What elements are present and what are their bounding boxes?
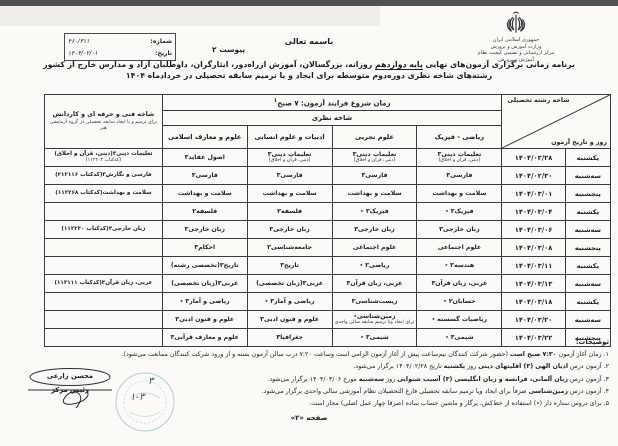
- exam-day: سه‌شنبه: [565, 221, 610, 239]
- signer-name: محسن زارعی: [24, 372, 116, 380]
- subject-cell: عربی۳(زبان تخصصی): [162, 275, 247, 293]
- technical-subject-cell: تعلیمات دینی۳(دینی، قرآن و اخلاق)(کدکتاب…: [45, 149, 163, 167]
- exam-date: ۱۴۰۴/۰۲/۳۰: [502, 167, 565, 185]
- page-number: صفحه «۲»: [0, 414, 618, 422]
- schedule-row: سه‌شنبه۱۴۰۴/۰۳/۰۶زبان خارجی۳زبان خارجی۳ز…: [45, 221, 611, 239]
- exam-date: ۱۴۰۴/۰۳/۰۴: [502, 203, 565, 221]
- exam-date: ۱۴۰۴/۰۳/۲۰: [502, 311, 565, 329]
- subject-cell: علوم اجتماعی: [417, 239, 502, 257]
- technical-branch-subtitle: برای ترمیم و یا ایجاد سابقه تحصیلی در گر…: [46, 120, 161, 132]
- subject-cell: حسابان۲ ٭: [417, 293, 502, 311]
- subject-cell: علوم اجتماعی: [332, 239, 417, 257]
- exam-schedule-table: شاخه رشته تحصیلی روز و تاریخ آزمون زمان …: [44, 94, 611, 347]
- subject-cell: جامعه‌شناسی۳: [247, 239, 332, 257]
- technical-subject-cell: زبان خارجی۳(کدکتاب ۱۱۲۲۳۰): [45, 221, 163, 239]
- exam-date: ۱۴۰۴/۰۳/۰۶: [502, 221, 565, 239]
- column-header-humanities: ادبیات و علوم انسانی: [247, 126, 332, 149]
- schedule-row: سه‌شنبه۱۴۰۴/۰۳/۱۳عربی، زبان قرآن۳عربی، ز…: [45, 275, 611, 293]
- subject-cell: تعلیمات دینی۳(دینی، قرآن و اخلاق): [417, 149, 502, 167]
- reference-date-row: تاریخ: ۱۴۰۴/۰۲/۰۱: [68, 50, 172, 57]
- subject-cell: ریاضی۳ ٭: [332, 257, 417, 275]
- schedule-row: پنجشنبه۱۴۰۴/۰۳/۰۸علوم اجتماعیعلوم اجتماع…: [45, 239, 611, 257]
- exam-date: ۱۴۰۴/۰۳/۱۳: [502, 275, 565, 293]
- subject-cell: فارسی۳: [332, 167, 417, 185]
- handwritten-mark-2: ۱-۳: [130, 392, 144, 403]
- exam-day: سه‌شنبه: [565, 167, 610, 185]
- technical-subject-cell: [45, 293, 163, 311]
- schedule-row: سه‌شنبه۱۴۰۴/۰۳/۲۰ریاضیات گسسته ٭زمین‌شنا…: [45, 311, 611, 329]
- exam-day: سه‌شنبه: [565, 275, 610, 293]
- subject-cell: زبان خارجی۳: [332, 221, 417, 239]
- technical-subject-cell: سلامت و بهداشت(کدکتاب ۱۱۲۲۶۸): [45, 185, 163, 203]
- technical-subject-cell: [45, 203, 163, 221]
- subject-cell: ریاضیات گسسته ٭: [417, 311, 502, 329]
- subject-cell: عربی، زبان قرآن۳: [332, 275, 417, 293]
- subject-cell: تاریخ۳: [247, 257, 332, 275]
- subject-cell: زبان خارجی۳: [417, 221, 502, 239]
- subject-cell: فلسفه۲: [162, 203, 247, 221]
- subject-cell: علوم و فنون ادبی۳: [247, 311, 332, 329]
- signer-role: رئیس مرکز: [24, 386, 116, 394]
- subject-cell: فارسی۳: [417, 167, 502, 185]
- diag-label-day-date: روز و تاریخ آزمون: [551, 139, 607, 146]
- diagonal-header-cell: شاخه رشته تحصیلی روز و تاریخ آزمون: [502, 95, 611, 149]
- subject-cell: زبان خارجی۳: [162, 221, 247, 239]
- exam-day: پنجشنبه: [565, 239, 610, 257]
- subject-cell: تعلیمات دینی۳(دینی، قرآن و اخلاق): [247, 149, 332, 167]
- column-header-experimental: علوم تجربی: [332, 126, 417, 149]
- date-label: تاریخ:: [155, 50, 172, 57]
- theoretical-branch-header: شاخه نظری: [162, 111, 502, 126]
- document-title: برنامه زمانی برگزاری آزمون‌های نهایی پای…: [30, 59, 588, 81]
- column-header-islamic-studies: علوم و معارف اسلامی: [162, 126, 247, 149]
- start-time-header: زمان شروع فرایند آزمون: ۷ صبح۱: [162, 95, 502, 111]
- technical-subject-cell: عربی، زبان قرآن۳(کدکتاب ۱۱۳۱۱۱): [45, 275, 163, 293]
- exam-day: یکشنبه: [565, 257, 610, 275]
- subject-cell: فیزیک۳ ٭: [332, 203, 417, 221]
- subject-cell: تعلیمات دینی۳(دینی، قرآن و اخلاق): [332, 149, 417, 167]
- attachment-label: پیوست ۲: [212, 45, 245, 54]
- number-label: شماره:: [150, 38, 172, 45]
- subject-cell: زبان خارجی۳: [247, 221, 332, 239]
- subject-cell: هندسه۳ ٭: [417, 257, 502, 275]
- technical-subject-cell: فارسی و نگارش۳(کدکتاب ۲۱۲۱۱۶): [45, 167, 163, 185]
- schedule-row: یکشنبه۱۴۰۴/۰۲/۲۸تعلیمات دینی۳(دینی، قرآن…: [45, 149, 611, 167]
- reference-number-row: شماره: ۴۶۰/۳۱۱: [68, 38, 172, 45]
- technical-subject-cell: [45, 257, 163, 275]
- stamp-circle-icon: [112, 368, 178, 436]
- subject-cell: فیزیک۳ ٭: [417, 203, 502, 221]
- subject-cell: فلسفه۲: [247, 203, 332, 221]
- subject-cell: ریاضی و آمار۳ ٭: [162, 293, 247, 311]
- exam-day: پنجشنبه: [565, 185, 610, 203]
- subject-cell: سلامت و بهداشت: [332, 185, 417, 203]
- exam-date: ۱۴۰۴/۰۳/۱۸: [502, 293, 565, 311]
- exam-day: یکشنبه: [565, 203, 610, 221]
- schedule-body: یکشنبه۱۴۰۴/۰۲/۲۸تعلیمات دینی۳(دینی، قرآن…: [45, 149, 611, 347]
- subject-cell: زیست‌شناسی۳: [332, 293, 417, 311]
- column-header-math-physics: ریاضی - فیزیک: [417, 126, 502, 149]
- exam-date: ۱۴۰۴/۰۳/۰۸: [502, 239, 565, 257]
- technical-subject-cell: [45, 239, 163, 257]
- technical-branch-header: شاخه فنی و حرفه ای و کاردانش برای ترمیم …: [45, 95, 163, 149]
- official-stamp: ۳ ۱-۳: [112, 368, 178, 436]
- exam-date: ۱۴۰۴/۰۲/۲۸: [502, 149, 565, 167]
- subject-cell: ریاضی و آمار۳ ٭: [247, 293, 332, 311]
- schedule-row: یکشنبه۱۴۰۴/۰۳/۰۴فیزیک۳ ٭فیزیک۳ ٭فلسفه۲فل…: [45, 203, 611, 221]
- grade-emphasis: پایه دوازدهم: [375, 60, 423, 70]
- title-line-1: برنامه زمانی برگزاری آزمون‌های نهایی پای…: [30, 59, 588, 70]
- signature-block: محسن زارعی رئیس مرکز: [24, 372, 116, 394]
- subject-cell: سلامت و بهداشت: [417, 185, 502, 203]
- subject-cell: عربی، زبان قرآن۳: [417, 275, 502, 293]
- subject-cell: اصول عقاید۳: [162, 149, 247, 167]
- subject-cell: علوم و فنون ادبی۳: [162, 311, 247, 329]
- subject-cell: فارسی۳: [247, 167, 332, 185]
- schedule-row: سه‌شنبه۱۴۰۴/۰۲/۳۰فارسی۳فارسی۳فارسی۳فارسی…: [45, 167, 611, 185]
- technical-subject-cell: [45, 311, 163, 329]
- exam-day: یکشنبه: [565, 293, 610, 311]
- number-value: ۴۶۰/۳۱۱: [68, 37, 89, 44]
- subject-cell: تاریخ۳(تخصصی رشته): [162, 257, 247, 275]
- schedule-row: پنجشنبه۱۴۰۴/۰۳/۰۱سلامت و بهداشتسلامت و ب…: [45, 185, 611, 203]
- subject-cell: فارسی۳: [162, 167, 247, 185]
- diag-label-branch: شاخه رشته تحصیلی: [507, 97, 569, 104]
- scan-artifact-band: [0, 6, 380, 26]
- subject-cell: سلامت و بهداشت: [247, 185, 332, 203]
- subject-cell: عربی۳(زبان تخصصی): [247, 275, 332, 293]
- technical-branch-title: شاخه فنی و حرفه ای و کاردانش: [46, 111, 161, 118]
- exam-day: یکشنبه: [565, 149, 610, 167]
- handwritten-mark-1: ۳: [148, 376, 153, 387]
- schedule-row: یکشنبه۱۴۰۴/۰۳/۱۸حسابان۲ ٭زیست‌شناسی۳ریاض…: [45, 293, 611, 311]
- note-item: ۱. زمان آغاز آزمون ۷:۳۰ صبح است (حضور شر…: [8, 349, 609, 361]
- subject-cell: احکام۳: [162, 239, 247, 257]
- exam-date: ۱۴۰۴/۰۳/۰۱: [502, 185, 565, 203]
- exam-date: ۱۴۰۴/۰۳/۱۱: [502, 257, 565, 275]
- reference-box: شماره: ۴۶۰/۳۱۱ تاریخ: ۱۴۰۴/۰۲/۰۱: [64, 33, 176, 61]
- iran-emblem-icon: [505, 11, 527, 36]
- notes-heading: توضیحات:: [8, 336, 609, 348]
- exam-day: سه‌شنبه: [565, 311, 610, 329]
- subject-cell: سلامت و بهداشت: [162, 185, 247, 203]
- date-value: ۱۴۰۴/۰۲/۰۱: [68, 49, 98, 57]
- scanned-exam-schedule-document: جمهوری اسلامی ایران وزارت آموزش و پرورش …: [0, 0, 618, 446]
- title-line-2: رشته‌های شاخه نظری دوره‌دوم متوسطه برای …: [30, 70, 588, 81]
- subject-cell: زمین‌شناسی٭برای ایجاد ویا ترمیم سابقه سا…: [332, 311, 417, 329]
- schedule-row: یکشنبه۱۴۰۴/۰۳/۱۱هندسه۳ ٭ریاضی۳ ٭تاریخ۳تا…: [45, 257, 611, 275]
